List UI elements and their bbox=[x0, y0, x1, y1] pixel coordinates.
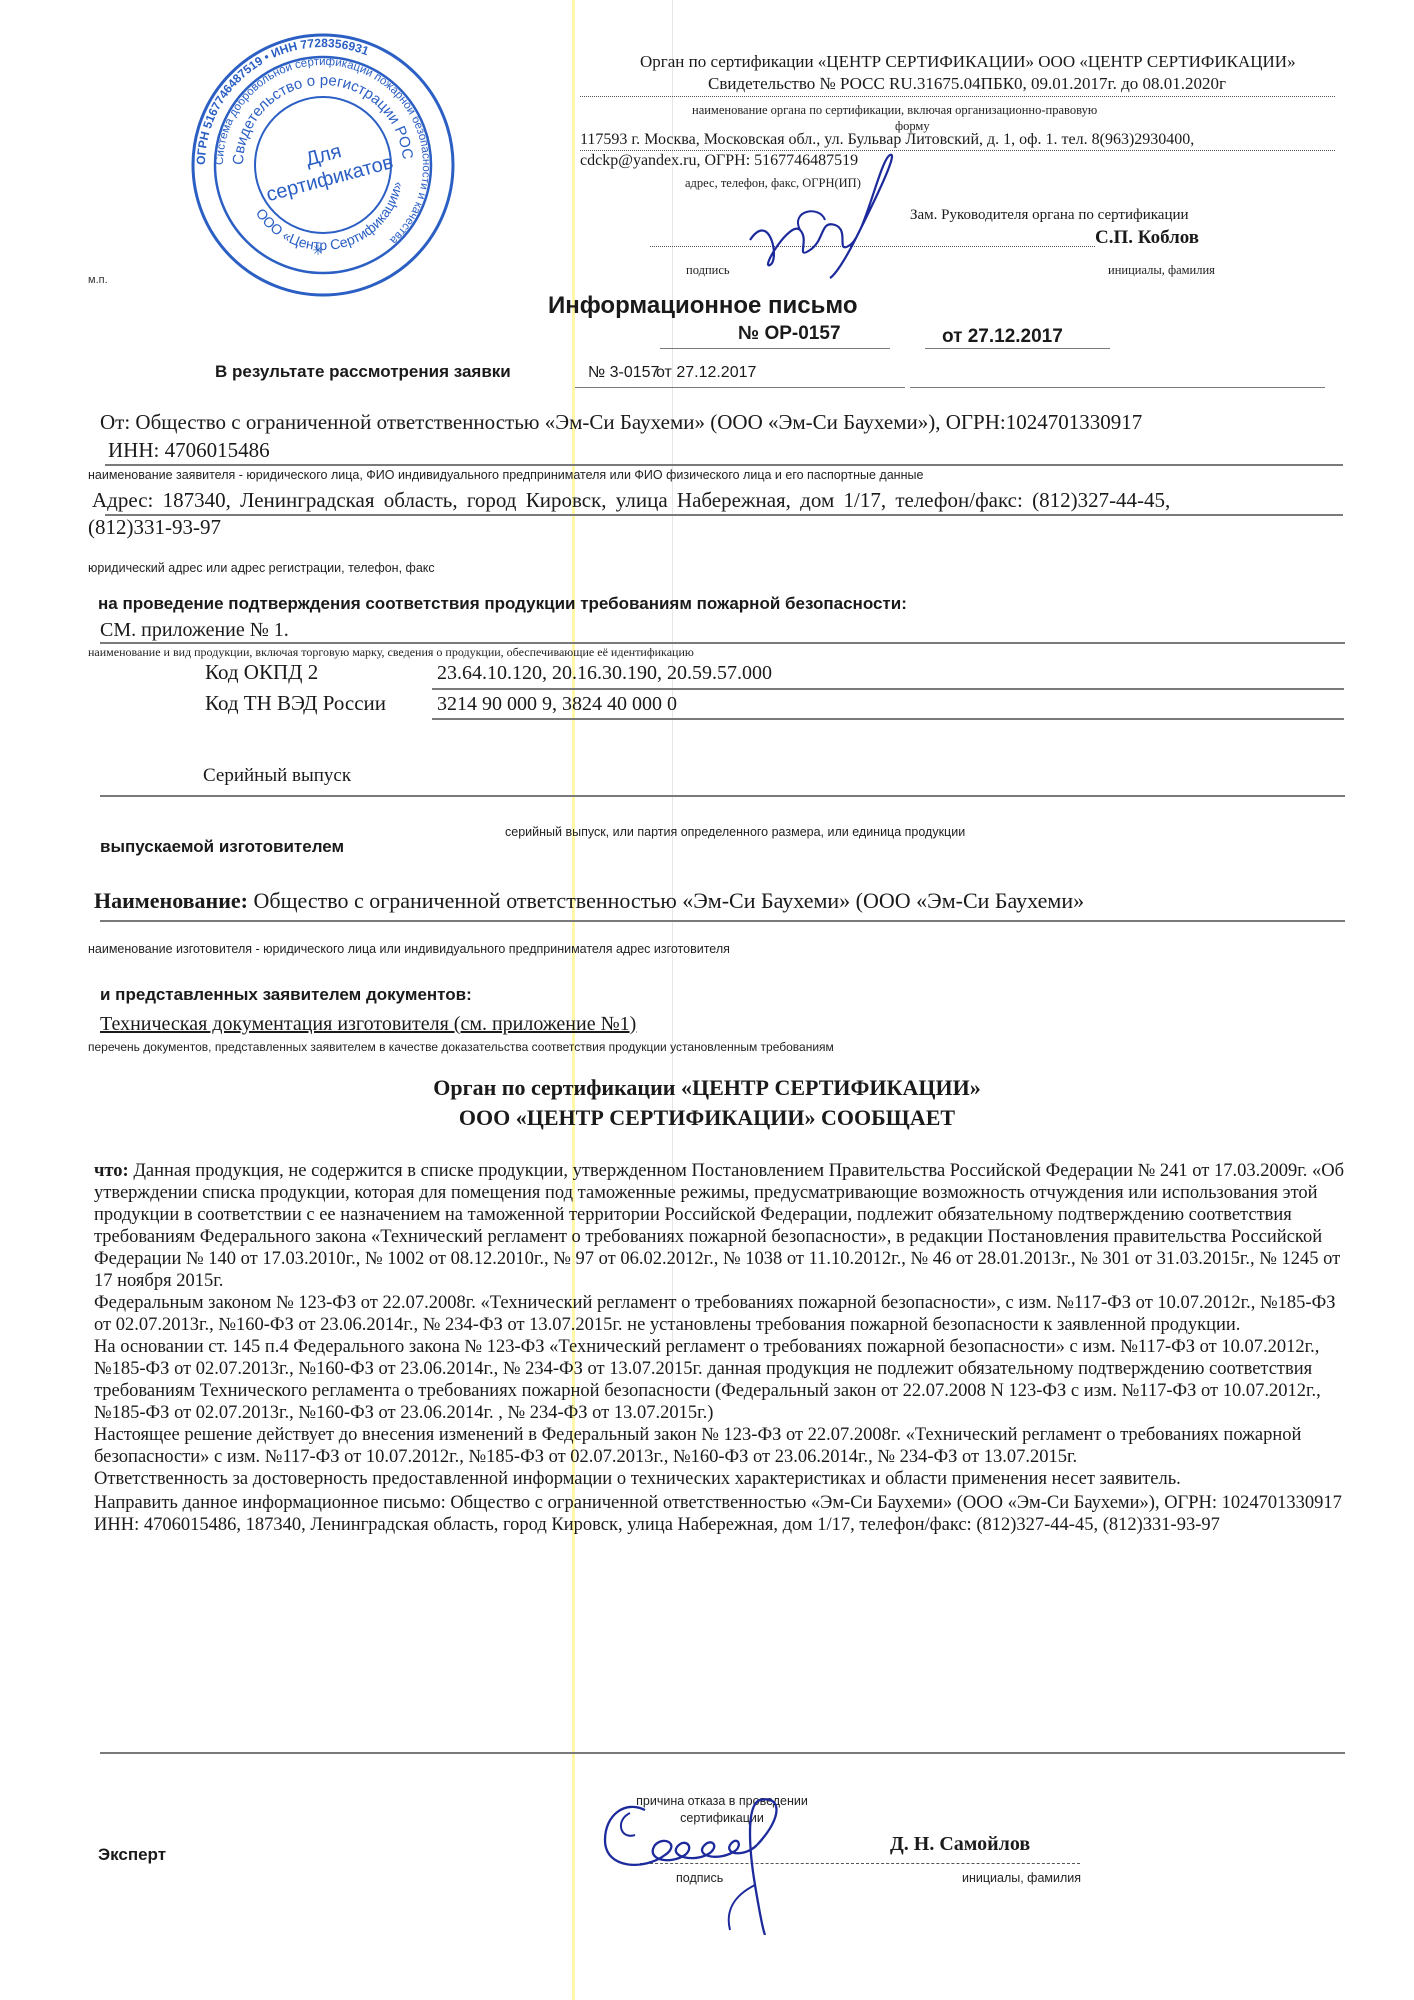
documents-caption: перечень документов, представленных заяв… bbox=[88, 1040, 834, 1054]
letter-number: № ОР-0157 bbox=[738, 323, 841, 345]
expert-name: Д. Н. Самойлов bbox=[890, 1833, 1030, 1856]
letter-title: Информационное письмо bbox=[548, 292, 858, 320]
body-paragraph-5: Ответственность за достоверность предост… bbox=[94, 1468, 1344, 1490]
documents-value: Техническая документация изготовителя (с… bbox=[100, 1013, 636, 1036]
header-address-line-1: 117593 г. Москва, Московская обл., ул. Б… bbox=[580, 131, 1194, 149]
request-label: В результате рассмотрения заявки bbox=[215, 362, 511, 382]
header-signatory-role: Зам. Руководителя органа по сертификации bbox=[910, 207, 1189, 224]
header-org-name: Орган по сертификации «ЦЕНТР СЕРТИФИКАЦИ… bbox=[640, 52, 1296, 72]
letter-date: от 27.12.2017 bbox=[942, 326, 1063, 348]
applicant-inn: ИНН: 4706015486 bbox=[108, 438, 270, 463]
signature-caption: подпись bbox=[686, 263, 730, 278]
body-lead: что: bbox=[94, 1161, 129, 1181]
signature-koblov bbox=[740, 150, 900, 280]
tnved-value: 3214 90 000 9, 3824 40 000 0 bbox=[437, 693, 677, 716]
letter-date-underline bbox=[925, 348, 1110, 349]
seal-place-label: м.п. bbox=[88, 274, 108, 286]
expert-name-caption: инициалы, фамилия bbox=[962, 1871, 1081, 1885]
manufacturer-underline bbox=[100, 920, 1345, 922]
body-paragraph-4: Настоящее решение действует до внесения … bbox=[94, 1424, 1344, 1468]
header-signatory-name: С.П. Коблов bbox=[1095, 227, 1199, 249]
okpd-label: Код ОКПД 2 bbox=[205, 660, 318, 685]
expert-label: Эксперт bbox=[98, 1845, 166, 1865]
letter-body: что: Данная продукция, не содержится в с… bbox=[94, 1160, 1344, 1536]
address-caption: юридический адрес или адрес регистрации,… bbox=[88, 561, 435, 575]
applicant-address-line-2: (812)331-93-97 bbox=[88, 515, 221, 540]
body-paragraph-1: Данная продукция, не содержится в списке… bbox=[94, 1161, 1344, 1291]
body-paragraph: что: Данная продукция, не содержится в с… bbox=[94, 1160, 1344, 1292]
product-caption: наименование и вид продукции, включая то… bbox=[88, 645, 694, 660]
body-paragraph-6: Направить данное информационное письмо: … bbox=[94, 1492, 1344, 1536]
manufacturer-label: Наименование: bbox=[94, 888, 248, 913]
header-divider bbox=[580, 96, 1335, 97]
request-underline bbox=[910, 387, 1325, 388]
applicant-underline bbox=[105, 464, 1343, 466]
tnved-underline bbox=[432, 718, 1344, 720]
header-divider bbox=[580, 150, 1335, 151]
manufacturer-caption: наименование изготовителя - юридического… bbox=[88, 942, 730, 956]
request-date: от 27.12.2017 bbox=[656, 364, 756, 382]
announcement-line-1: Орган по сертификации «ЦЕНТР СЕРТИФИКАЦИ… bbox=[0, 1073, 1414, 1103]
okpd-underline bbox=[432, 688, 1344, 690]
production-type: Серийный выпуск bbox=[203, 765, 351, 787]
made-by-label: выпускаемой изготовителем bbox=[100, 837, 344, 857]
signature-samoylov bbox=[585, 1795, 825, 1935]
conformity-label: на проведение подтверждения соответствия… bbox=[98, 594, 907, 614]
header-org-caption: наименование органа по сертификации, вкл… bbox=[692, 103, 1097, 118]
stamp-asterisk-icon: ✳ bbox=[312, 243, 324, 259]
manufacturer-name: Наименование: Общество с ограниченной от… bbox=[94, 888, 1084, 914]
address-underline bbox=[105, 514, 1343, 516]
production-caption: серийный выпуск, или партия определенног… bbox=[505, 825, 965, 839]
letter-number-underline bbox=[660, 348, 890, 349]
request-number: № 3-0157 bbox=[588, 364, 659, 382]
product-reference: СМ. приложение № 1. bbox=[100, 619, 289, 642]
documents-label: и представленных заявителем документов: bbox=[100, 985, 472, 1005]
body-end-divider bbox=[100, 1752, 1345, 1754]
applicant-line-1: От: Общество с ограниченной ответственно… bbox=[100, 410, 1142, 435]
applicant-caption: наименование заявителя - юридического ли… bbox=[88, 468, 923, 482]
announcement-line-2: ООО «ЦЕНТР СЕРТИФИКАЦИИ» СООБЩАЕТ bbox=[0, 1103, 1414, 1133]
body-paragraph-2: Федеральным законом № 123-ФЗ от 22.07.20… bbox=[94, 1292, 1344, 1336]
manufacturer-value: Общество с ограниченной ответственностью… bbox=[254, 888, 1085, 913]
body-paragraph-3: На основании ст. 145 п.4 Федерального за… bbox=[94, 1336, 1344, 1424]
name-caption: инициалы, фамилия bbox=[1108, 263, 1215, 278]
certification-stamp: ОГРН 5167746487519 • ИНН 7728356931 Сист… bbox=[188, 30, 458, 300]
header-certificate: Свидетельство № РОСС RU.31675.04ПБК0, 09… bbox=[708, 74, 1226, 94]
product-underline bbox=[100, 642, 1345, 644]
applicant-address-line-1: Адрес: 187340, Ленинградская область, го… bbox=[92, 488, 1170, 513]
request-underline bbox=[575, 387, 905, 388]
production-underline bbox=[100, 795, 1345, 797]
tnved-label: Код ТН ВЭД России bbox=[205, 691, 386, 716]
okpd-value: 23.64.10.120, 20.16.30.190, 20.59.57.000 bbox=[437, 662, 772, 685]
